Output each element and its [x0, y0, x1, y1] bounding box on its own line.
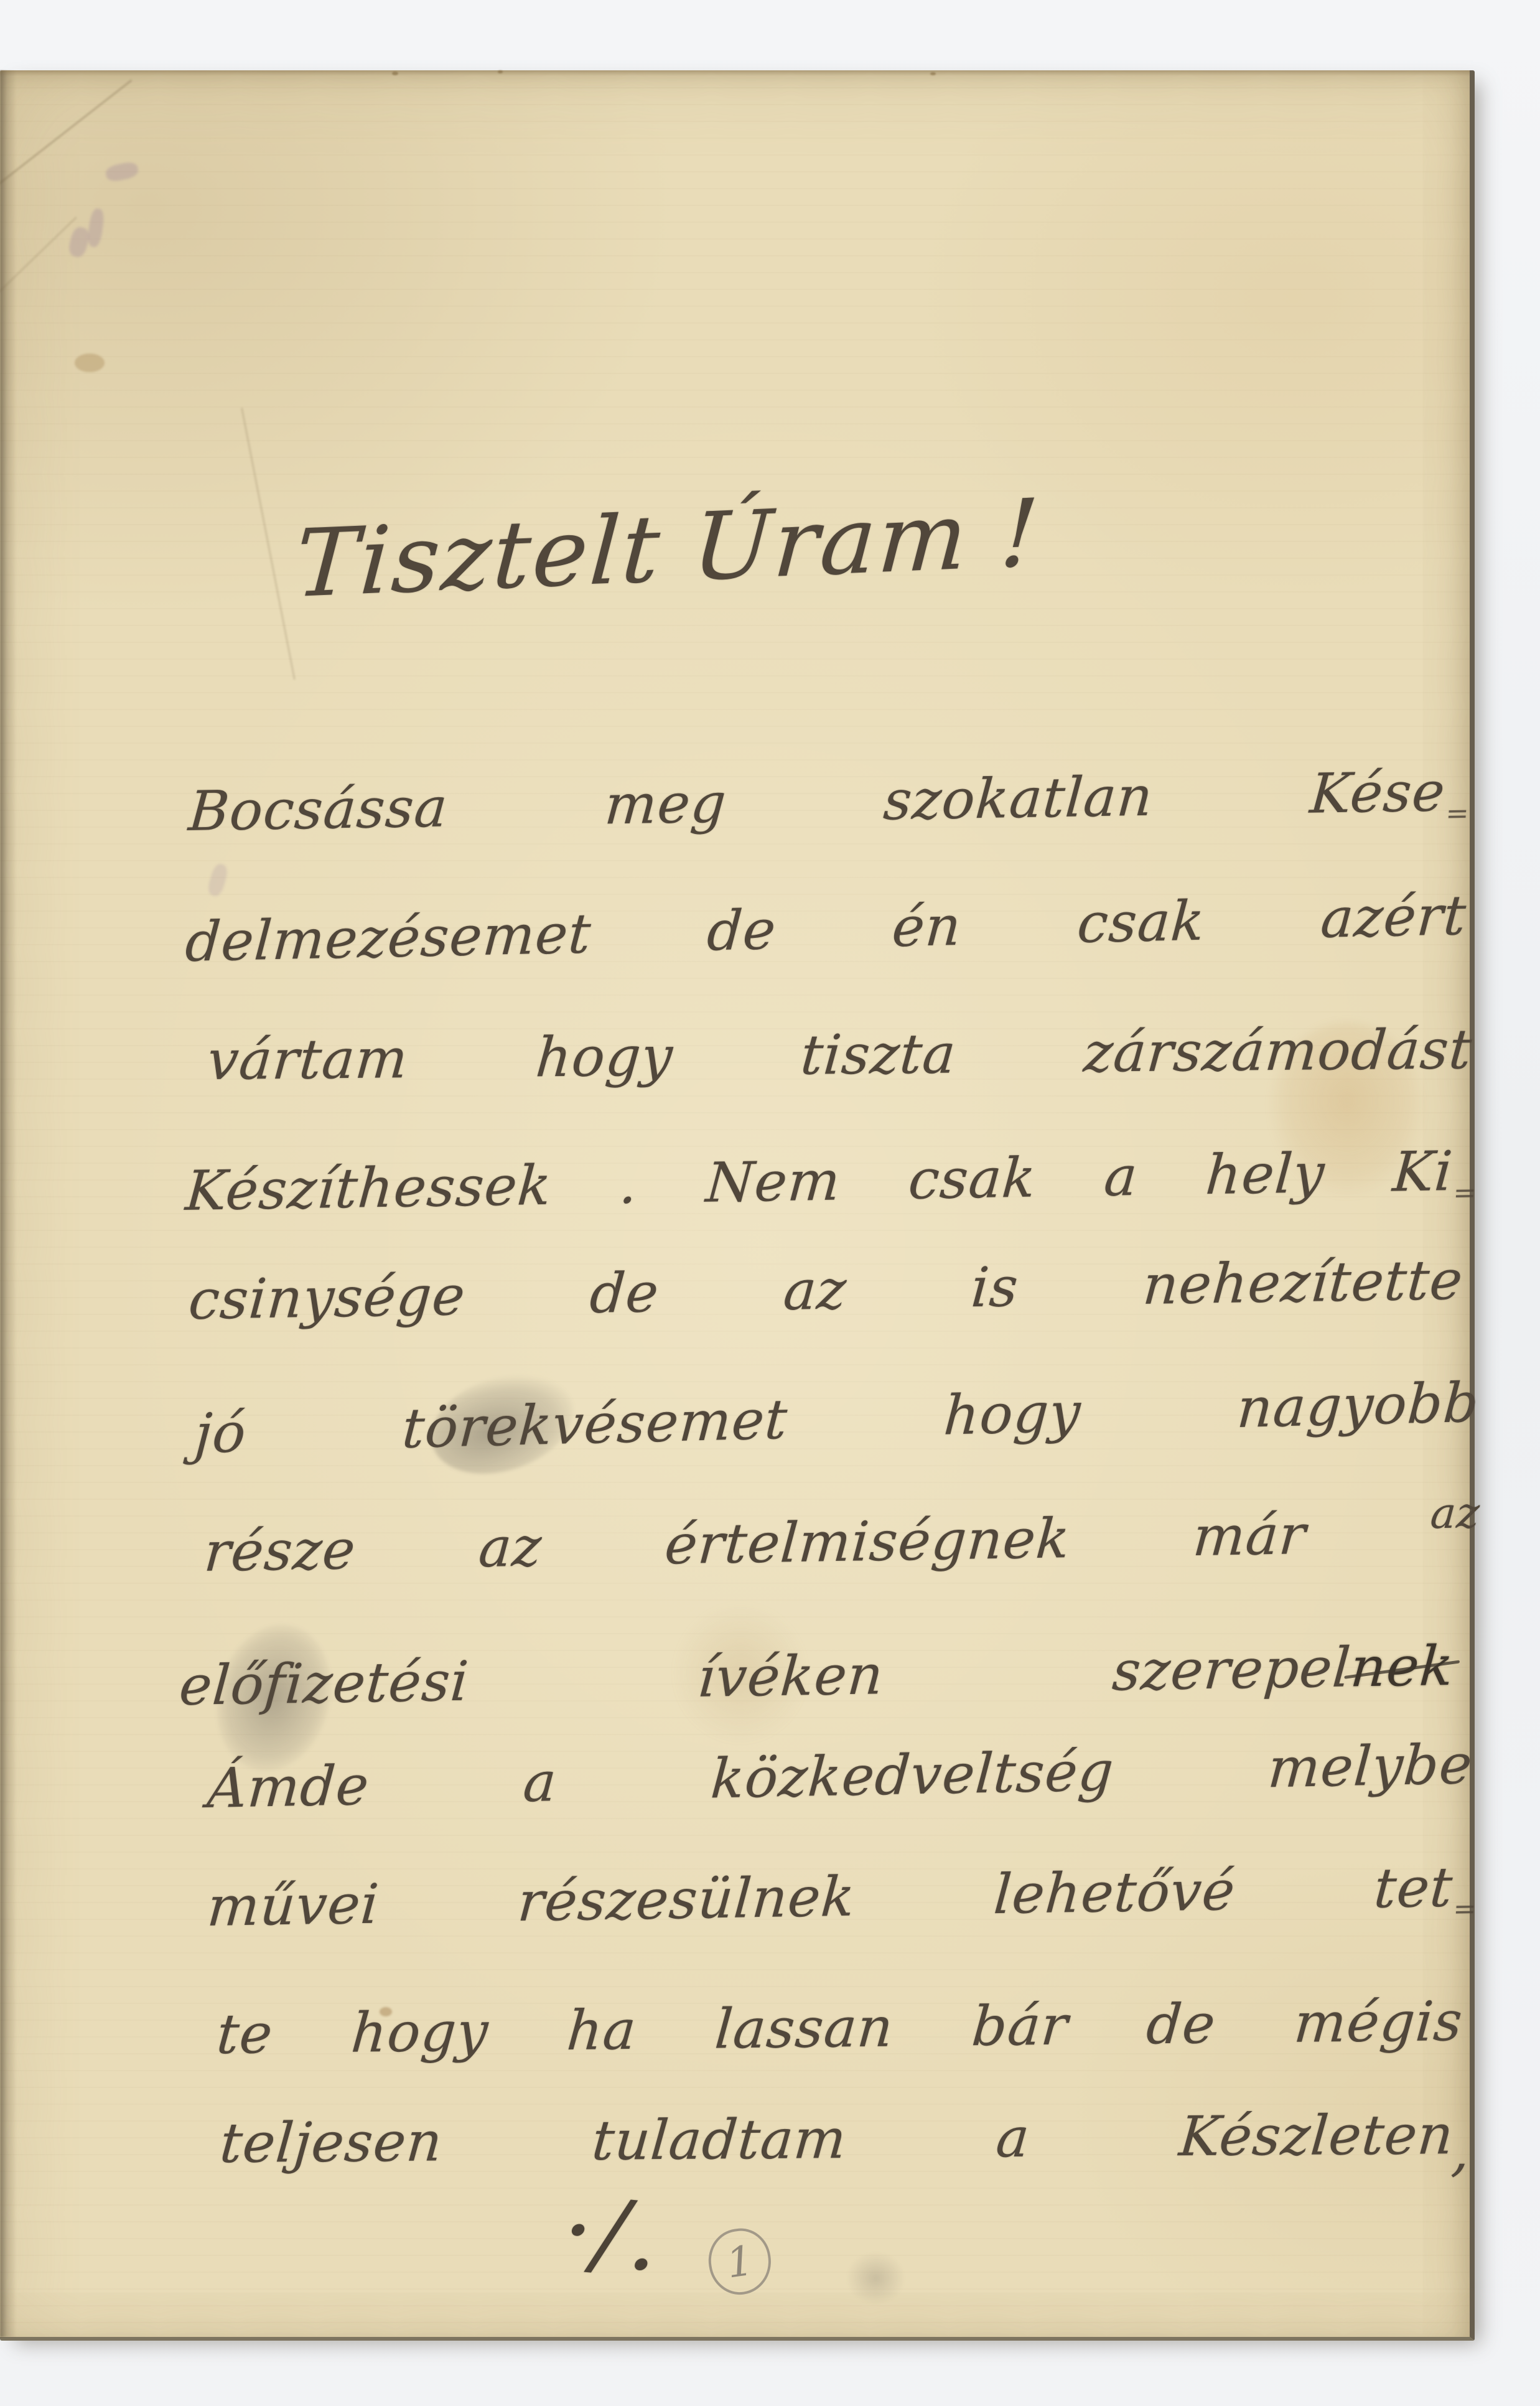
struck-word: nek: [1348, 1636, 1455, 1698]
fold-crease: [241, 408, 296, 680]
reference-mark: ·/.: [558, 2175, 666, 2293]
handwritten-line: delmezésemet de én csak azért: [184, 885, 1468, 973]
handwritten-line: te hogy ha lassan bár de mégis: [215, 1991, 1465, 2065]
handwritten-line: csinysége de az is nehezítette: [187, 1250, 1465, 1331]
line-text: Ámde a közkedveltség melybe: [205, 1732, 1475, 1820]
handwritten-line: Bocsássa meg szokatlan Kése=: [187, 761, 1473, 843]
handwritten-line: Készíthessek . Nem csak a hely Ki=: [184, 1140, 1481, 1222]
page-number-text: 1: [724, 2236, 756, 2287]
letter-page: Tisztelt Úram ! Bocsássa meg szokatlan K…: [0, 70, 1475, 2341]
ink-smear: [67, 225, 91, 258]
hyphen-mark: =: [1452, 1177, 1478, 1209]
handwritten-line: Ámde a közkedveltség melybe: [205, 1734, 1475, 1819]
line-text: te hogy ha lassan bár de mégis: [215, 1989, 1465, 2066]
line-text: teljesen tuladtam a Készleten: [218, 2102, 1456, 2175]
salutation: Tisztelt Úram !: [292, 483, 996, 617]
line-text: Készíthessek . Nem csak a hely Ki: [184, 1139, 1455, 1223]
line-text: delmezésemet de én csak azért: [184, 883, 1468, 974]
handwritten-line: teljesen tuladtam a Készleten,: [218, 2104, 1474, 2174]
handwritten-line: jó törekvésemet hogy nagyobb: [193, 1372, 1481, 1465]
hyphen-mark: =: [1452, 1894, 1478, 1925]
reference-mark-text: ·/.: [558, 2175, 666, 2293]
line-text: csinysége de az is nehezítette: [187, 1248, 1465, 1332]
line-text: jó törekvésemet hogy nagyobb: [193, 1370, 1481, 1466]
dirt-speck: [392, 72, 398, 75]
hyphen-mark: =: [1445, 798, 1470, 829]
line-text: vártam hogy tiszta zárszámodást: [205, 1017, 1475, 1092]
page-number-circled: 1: [704, 2225, 775, 2299]
salutation-text: Tisztelt Úram !: [292, 479, 1043, 619]
stain-spot: [75, 353, 105, 372]
ink-smear: [206, 863, 229, 898]
raised-word: az: [1429, 1489, 1482, 1538]
ink-smear: [86, 208, 105, 248]
line-text: művei részesülnek lehetővé tet: [205, 1855, 1455, 1939]
pencil-scribble: [846, 2252, 905, 2305]
handwritten-line: része az értelmiségnek már az: [202, 1502, 1481, 1583]
line-text: Bocsássa meg szokatlan Kése: [187, 759, 1448, 843]
dirt-speck: [930, 72, 936, 75]
ink-smear: [105, 161, 139, 183]
handwritten-line: előfizetési ívéken szerepelnek: [177, 1636, 1456, 1717]
paper-top-edge: [0, 70, 1470, 76]
handwritten-line: vártam hogy tiszta zárszámodást: [205, 1019, 1474, 1091]
scan-background: Tisztelt Úram ! Bocsássa meg szokatlan K…: [0, 0, 1540, 2406]
dirt-speck: [498, 70, 503, 73]
paper-left-torn-edge: [0, 70, 16, 2337]
line-text: része az értelmiségnek már: [202, 1502, 1309, 1584]
handwritten-line: művei részesülnek lehetővé tet=: [205, 1856, 1481, 1938]
line-text: előfizetési ívéken szerepel: [177, 1635, 1353, 1718]
